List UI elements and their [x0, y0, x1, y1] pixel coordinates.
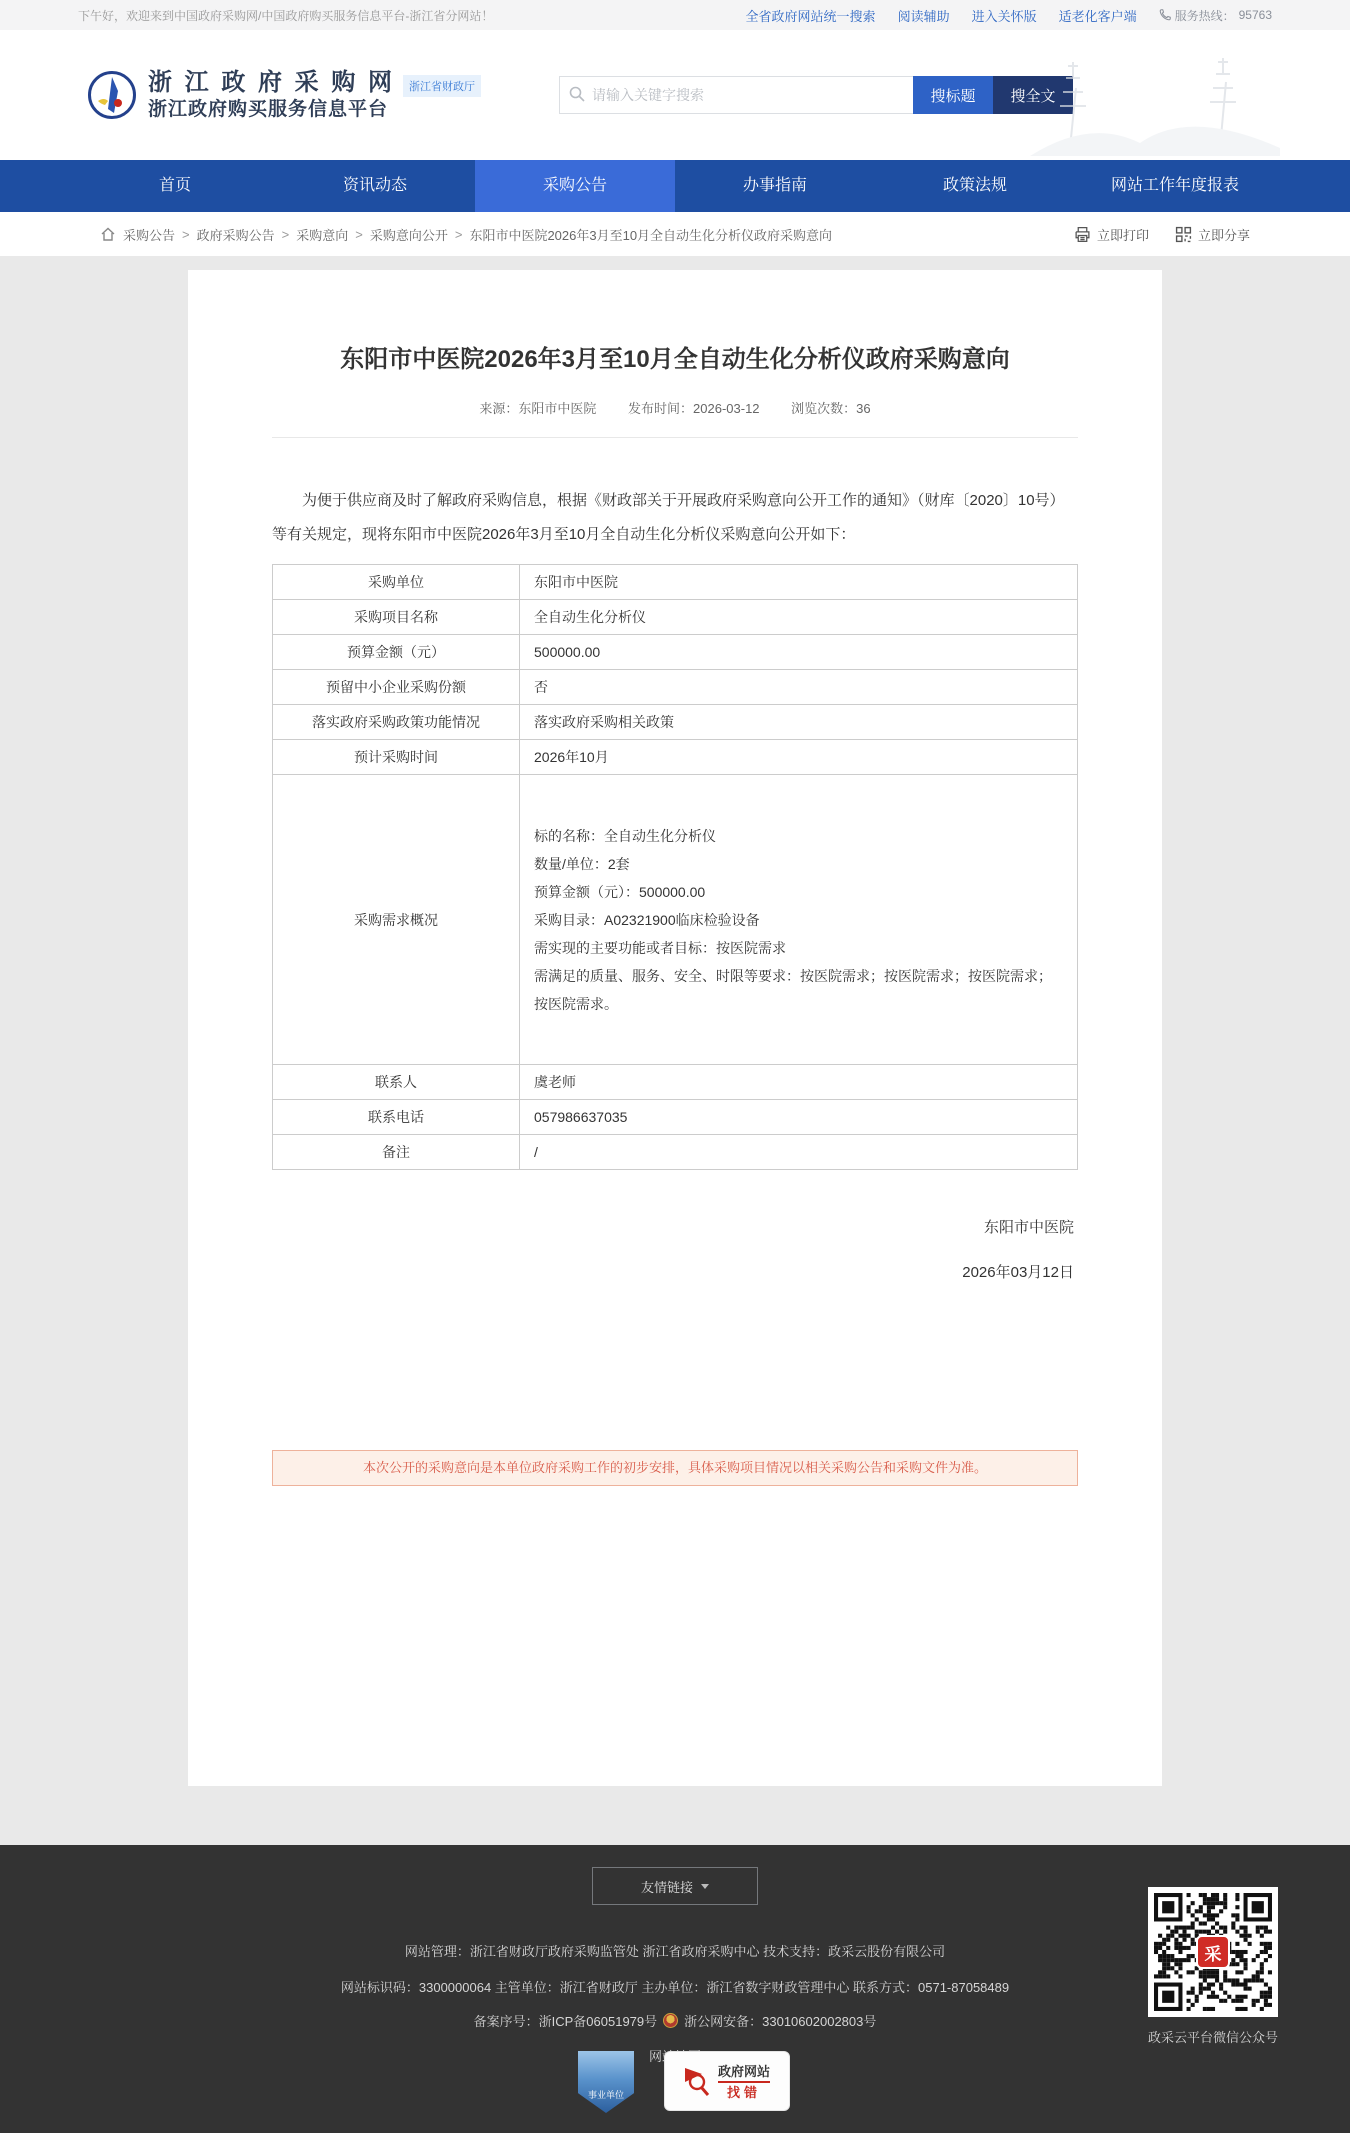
institution-badge-label: 事业单位: [588, 2088, 624, 2101]
demand-line: 采购目录：A02321900临床检验设备: [534, 906, 1063, 934]
row-label: 采购项目名称: [273, 600, 520, 635]
demand-line: 需满足的质量、服务、安全、时限等要求：按医院需求；按医院需求；按医院需求；按医院…: [534, 962, 1063, 1018]
site-logo[interactable]: 浙 江 政 府 采 购 网 浙江政府购买服务信息平台 浙江省财政厅: [88, 69, 481, 122]
nav-item-policies[interactable]: 政策法规: [875, 160, 1075, 212]
meta-time-label: 发布时间：: [628, 401, 693, 416]
row-value: 全自动生化分析仪: [520, 600, 1078, 635]
top-bar-links: 全省政府网站统一搜索 阅读辅助 进入关怀版 适老化客户端 服务热线：95763: [746, 6, 1272, 25]
nav-item-news[interactable]: 资讯动态: [275, 160, 475, 212]
finance-dept-badge: 浙江省财政厅: [403, 75, 481, 97]
crumb-separator: >: [282, 227, 290, 242]
table-row: 预计采购时间2026年10月: [273, 740, 1078, 775]
website-error-report-badge[interactable]: 政府网站 找错: [664, 2051, 790, 2111]
search-input[interactable]: [559, 76, 913, 114]
crumb-gov-announcements[interactable]: 政府采购公告: [197, 225, 275, 244]
meta-publish-time: 发布时间：2026-03-12: [628, 401, 760, 416]
site-footer: 友情链接 网站管理：浙江省财政厅政府采购监管处 浙江省政府采购中心 技术支持：政…: [0, 1845, 1350, 2133]
police-badge-icon: [663, 2013, 678, 2028]
meta-views: 浏览次数：36: [791, 401, 870, 416]
row-label: 采购需求概况: [273, 775, 520, 1065]
police-record: 浙公网安备：33010602002803号: [684, 2011, 876, 2030]
site-header: 浙 江 政 府 采 购 网 浙江政府购买服务信息平台 浙江省财政厅 搜标题 搜全…: [0, 30, 1350, 160]
row-label: 联系电话: [273, 1100, 520, 1135]
row-value: /: [520, 1135, 1078, 1170]
demand-overview-cell: 标的名称：全自动生化分析仪 数量/单位：2套 预算金额（元）：500000.00…: [520, 775, 1078, 1065]
qr-logo: 采: [1196, 1935, 1230, 1969]
row-label: 联系人: [273, 1065, 520, 1100]
nav-item-home[interactable]: 首页: [75, 160, 275, 212]
friend-links-label: 友情链接: [641, 1877, 693, 1896]
table-row-demand: 采购需求概况 标的名称：全自动生化分析仪 数量/单位：2套 预算金额（元）：50…: [273, 775, 1078, 1065]
row-label: 预计采购时间: [273, 740, 520, 775]
qr-code: 采: [1148, 1887, 1278, 2017]
footer-management-line: 网站管理：浙江省财政厅政府采购监管处 浙江省政府采购中心 技术支持：政采云股份有…: [405, 1941, 945, 1960]
site-logo-icon: [88, 71, 136, 119]
table-row: 联系人虞老师: [273, 1065, 1078, 1100]
qr-caption: 政采云平台微信公众号: [1148, 2027, 1278, 2046]
crumb-separator: >: [182, 227, 190, 242]
search-title-button[interactable]: 搜标题: [913, 76, 993, 114]
meta-source-label: 来源：: [479, 401, 518, 416]
row-value: 虞老师: [520, 1065, 1078, 1100]
icp-record: 备案序号：浙ICP备06051979号: [474, 2011, 658, 2030]
search-input-wrap: [559, 76, 913, 114]
table-row: 备注/: [273, 1135, 1078, 1170]
crumb-current-page: 东阳市中医院2026年3月至10月全自动生化分析仪政府采购意向: [469, 225, 832, 244]
qr-share-icon: [1175, 226, 1192, 243]
meta-views-label: 浏览次数：: [791, 401, 856, 416]
row-label: 预算金额（元）: [273, 635, 520, 670]
meta-source: 来源：东阳市中医院: [479, 401, 596, 416]
search-icon: [569, 86, 585, 102]
demand-line: 标的名称：全自动生化分析仪: [534, 822, 1063, 850]
table-row: 采购单位东阳市中医院: [273, 565, 1078, 600]
breadcrumb: 采购公告 > 政府采购公告 > 采购意向 > 采购意向公开 > 东阳市中医院20…: [100, 225, 832, 244]
crumb-intention[interactable]: 采购意向: [296, 225, 348, 244]
link-reading-assist[interactable]: 阅读辅助: [898, 6, 950, 25]
row-value: 500000.00: [520, 635, 1078, 670]
link-elderly-client[interactable]: 适老化客户端: [1059, 6, 1137, 25]
wechat-qr-block: 采 政采云平台微信公众号: [1148, 1887, 1278, 2046]
row-value: 057986637035: [520, 1100, 1078, 1135]
demand-line: 需实现的主要功能或者目标：按医院需求: [534, 934, 1063, 962]
share-button[interactable]: 立即分享: [1175, 225, 1250, 244]
link-care-version[interactable]: 进入关怀版: [972, 6, 1037, 25]
article-card: 东阳市中医院2026年3月至10月全自动生化分析仪政府采购意向 来源：东阳市中医…: [188, 270, 1162, 1786]
page-actions: 立即打印 立即分享: [1074, 225, 1250, 244]
crumb-separator: >: [355, 227, 363, 242]
error-report-magnifier-icon: [684, 2066, 710, 2096]
search-fulltext-button[interactable]: 搜全文: [993, 76, 1073, 114]
chevron-down-icon: [701, 1884, 709, 1889]
share-label: 立即分享: [1198, 225, 1250, 244]
page-title: 东阳市中医院2026年3月至10月全自动生化分析仪政府采购意向: [272, 270, 1078, 376]
row-value: 东阳市中医院: [520, 565, 1078, 600]
friend-links-button[interactable]: 友情链接: [592, 1867, 758, 1905]
table-row: 预算金额（元）500000.00: [273, 635, 1078, 670]
meta-time-value: 2026-03-12: [693, 401, 760, 416]
meta-divider: [272, 437, 1078, 438]
search-bar: 搜标题 搜全文: [559, 76, 1073, 114]
demand-line: 预算金额（元）：500000.00: [534, 878, 1063, 906]
row-label: 落实政府采购政策功能情况: [273, 705, 520, 740]
printer-icon: [1074, 226, 1091, 243]
signature-date: 2026年03月12日: [272, 1261, 1078, 1282]
row-value: 否: [520, 670, 1078, 705]
article-meta: 来源：东阳市中医院 发布时间：2026-03-12 浏览次数：36: [272, 398, 1078, 417]
site-subtitle: 浙江政府购买服务信息平台: [148, 97, 395, 122]
table-row: 落实政府采购政策功能情况落实政府采购相关政策: [273, 705, 1078, 740]
row-label: 采购单位: [273, 565, 520, 600]
signature-org: 东阳市中医院: [272, 1216, 1078, 1237]
table-row: 采购项目名称全自动生化分析仪: [273, 600, 1078, 635]
table-row: 预留中小企业采购份额否: [273, 670, 1078, 705]
institution-badge[interactable]: 事业单位: [578, 2051, 634, 2113]
nav-item-announcements[interactable]: 采购公告: [475, 160, 675, 212]
main-nav: 首页 资讯动态 采购公告 办事指南 政策法规 网站工作年度报表: [0, 160, 1350, 212]
nav-item-annual-report[interactable]: 网站工作年度报表: [1075, 160, 1275, 212]
demand-line: 数量/单位：2套: [534, 850, 1063, 878]
disclaimer-notice: 本次公开的采购意向是本单位政府采购工作的初步安排，具体采购项目情况以相关采购公告…: [272, 1450, 1078, 1486]
crumb-separator: >: [455, 227, 463, 242]
home-icon[interactable]: [100, 226, 116, 242]
nav-item-guide[interactable]: 办事指南: [675, 160, 875, 212]
print-button[interactable]: 立即打印: [1074, 225, 1149, 244]
meta-views-value: 36: [856, 401, 870, 416]
welcome-text: 下午好，欢迎来到中国政府采购网/中国政府购买服务信息平台-浙江省分网站！: [78, 7, 493, 24]
row-value: 落实政府采购相关政策: [520, 705, 1078, 740]
print-label: 立即打印: [1097, 225, 1149, 244]
error-report-bottom: 找错: [718, 2082, 770, 2101]
row-label: 备注: [273, 1135, 520, 1170]
meta-source-value: 东阳市中医院: [518, 401, 596, 416]
row-label: 预留中小企业采购份额: [273, 670, 520, 705]
crumb-intention-public[interactable]: 采购意向公开: [370, 225, 448, 244]
footer-record-line: 备案序号：浙ICP备06051979号 浙公网安备：33010602002803…: [474, 2011, 877, 2030]
site-title-block: 浙 江 政 府 采 购 网 浙江政府购买服务信息平台: [148, 69, 395, 122]
footer-org-line: 网站标识码：3300000064 主管单位：浙江省财政厅 主办单位：浙江省数字财…: [341, 1977, 1009, 1996]
crumb-announcements[interactable]: 采购公告: [123, 225, 175, 244]
intro-paragraph: 为便于供应商及时了解政府采购信息，根据《财政部关于开展政府采购意向公开工作的通知…: [272, 484, 1078, 552]
error-report-top: 政府网站: [718, 2064, 770, 2083]
link-unified-search[interactable]: 全省政府网站统一搜索: [746, 6, 876, 25]
row-value: 2026年10月: [520, 740, 1078, 775]
hotline-number: 95763: [1239, 8, 1272, 22]
breadcrumb-bar: 采购公告 > 政府采购公告 > 采购意向 > 采购意向公开 > 东阳市中医院20…: [0, 212, 1350, 256]
hotline-label: 服务热线：: [1175, 7, 1235, 24]
error-report-text: 政府网站 找错: [718, 2061, 770, 2101]
procurement-table: 采购单位东阳市中医院 采购项目名称全自动生化分析仪 预算金额（元）500000.…: [272, 564, 1078, 1170]
service-hotline: 服务热线：95763: [1159, 7, 1272, 24]
site-title: 浙 江 政 府 采 购 网: [148, 69, 395, 97]
phone-icon: [1159, 9, 1171, 21]
table-row: 联系电话057986637035: [273, 1100, 1078, 1135]
content-background: 东阳市中医院2026年3月至10月全自动生化分析仪政府采购意向 来源：东阳市中医…: [0, 256, 1350, 1845]
top-bar: 下午好，欢迎来到中国政府采购网/中国政府购买服务信息平台-浙江省分网站！ 全省政…: [0, 0, 1350, 30]
